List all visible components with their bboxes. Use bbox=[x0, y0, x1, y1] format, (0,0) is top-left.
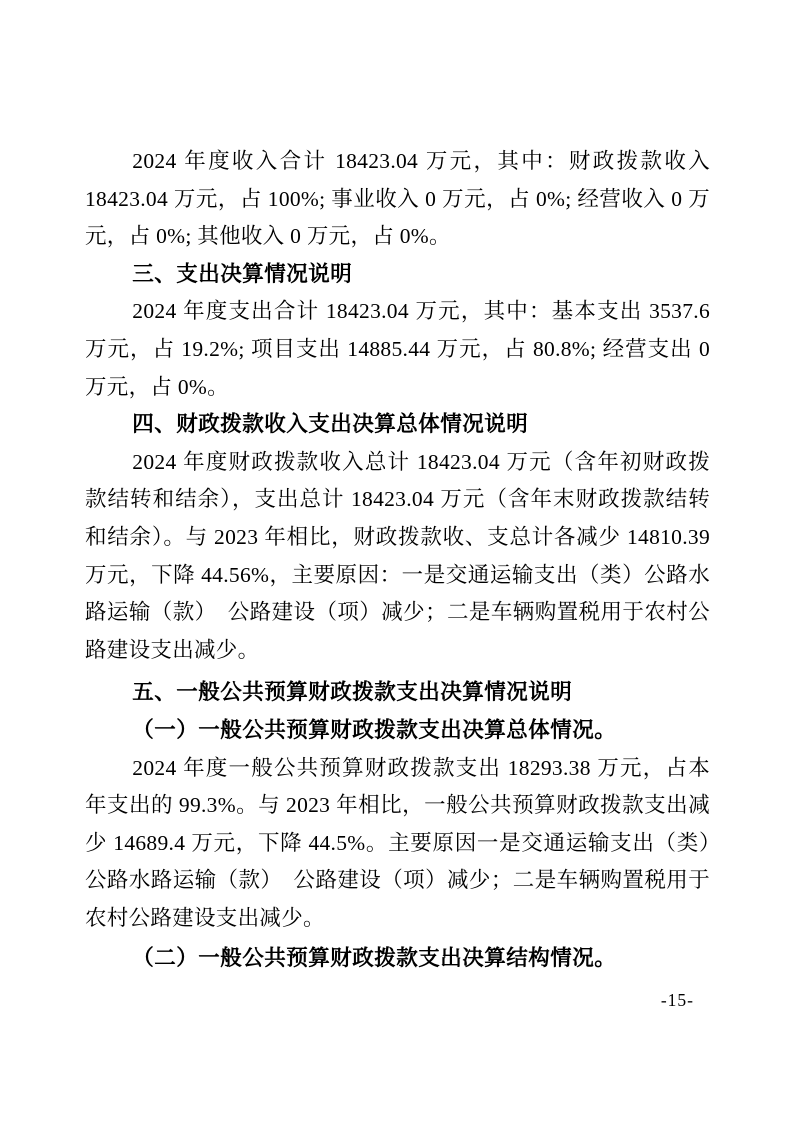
paragraph-general-budget-expenditure: 2024 年度一般公共预算财政拨款支出 18293.38 万元，占本年支出的 9… bbox=[85, 750, 710, 938]
subheading-5-1-overall-situation: （一）一般公共预算财政拨款支出决算总体情况。 bbox=[85, 712, 710, 750]
paragraph-fiscal-appropriation-summary: 2024 年度财政拨款收入总计 18423.04 万元（含年初财政拨款结转和结余… bbox=[85, 444, 710, 670]
subheading-5-2-structure-situation: （二）一般公共预算财政拨款支出决算结构情况。 bbox=[85, 940, 710, 978]
heading-section-three-expenditure: 三、支出决算情况说明 bbox=[85, 256, 710, 294]
document-body: 2024 年度收入合计 18423.04 万元，其中：财政拨款收入 18423.… bbox=[85, 143, 710, 978]
document-page: 2024 年度收入合计 18423.04 万元，其中：财政拨款收入 18423.… bbox=[0, 0, 793, 1122]
heading-section-four-fiscal-appropriation: 四、财政拨款收入支出决算总体情况说明 bbox=[85, 406, 710, 444]
page-number: -15- bbox=[661, 990, 694, 1011]
heading-section-five-general-budget: 五、一般公共预算财政拨款支出决算情况说明 bbox=[85, 674, 710, 712]
paragraph-revenue-summary: 2024 年度收入合计 18423.04 万元，其中：财政拨款收入 18423.… bbox=[85, 143, 710, 256]
paragraph-expenditure-summary: 2024 年度支出合计 18423.04 万元，其中：基本支出 3537.6 万… bbox=[85, 293, 710, 406]
